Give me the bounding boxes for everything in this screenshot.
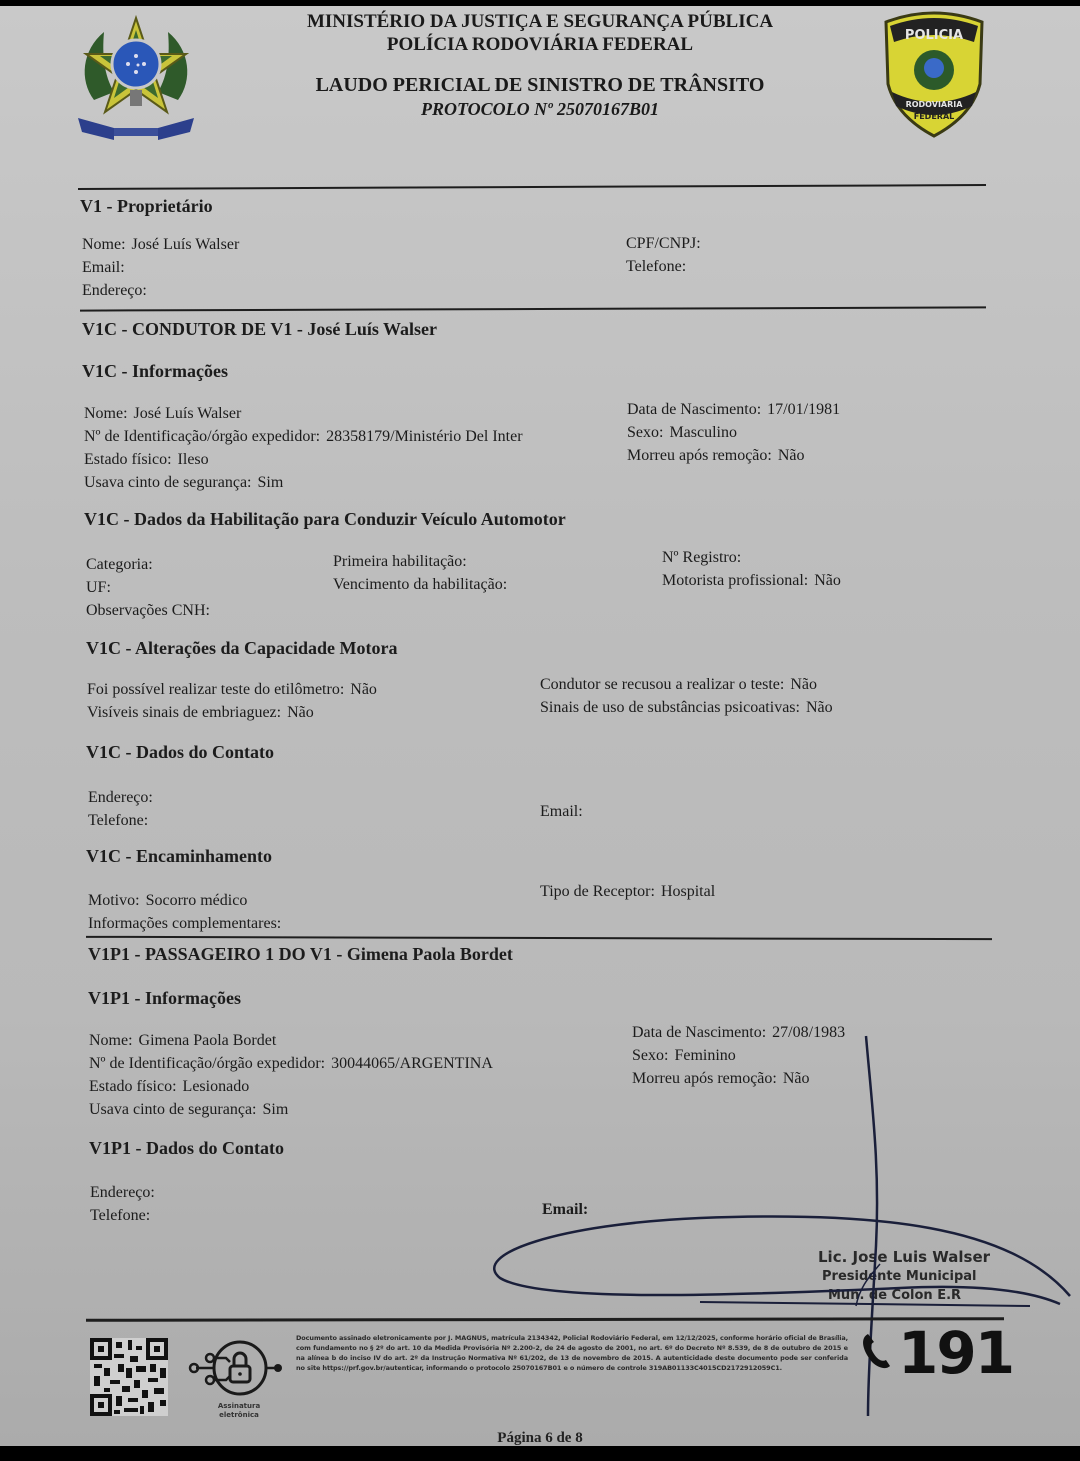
e-signature-fine-print: Documento assinado eletronicamente por J… bbox=[296, 1333, 848, 1373]
qr-code-icon[interactable] bbox=[90, 1338, 168, 1416]
padlock-circuit-icon bbox=[186, 1334, 284, 1402]
emergency-number: 191 bbox=[898, 1319, 1013, 1387]
page-number: Página 6 de 8 bbox=[0, 1430, 1080, 1447]
e-signature-label: Assinatura eletrônica bbox=[204, 1402, 274, 1420]
document-page: MINISTÉRIO DA JUSTIÇA E SEGURANÇA PÚBLIC… bbox=[0, 6, 1080, 1446]
handwritten-signature bbox=[0, 6, 1080, 1446]
phone-icon bbox=[858, 1328, 898, 1372]
